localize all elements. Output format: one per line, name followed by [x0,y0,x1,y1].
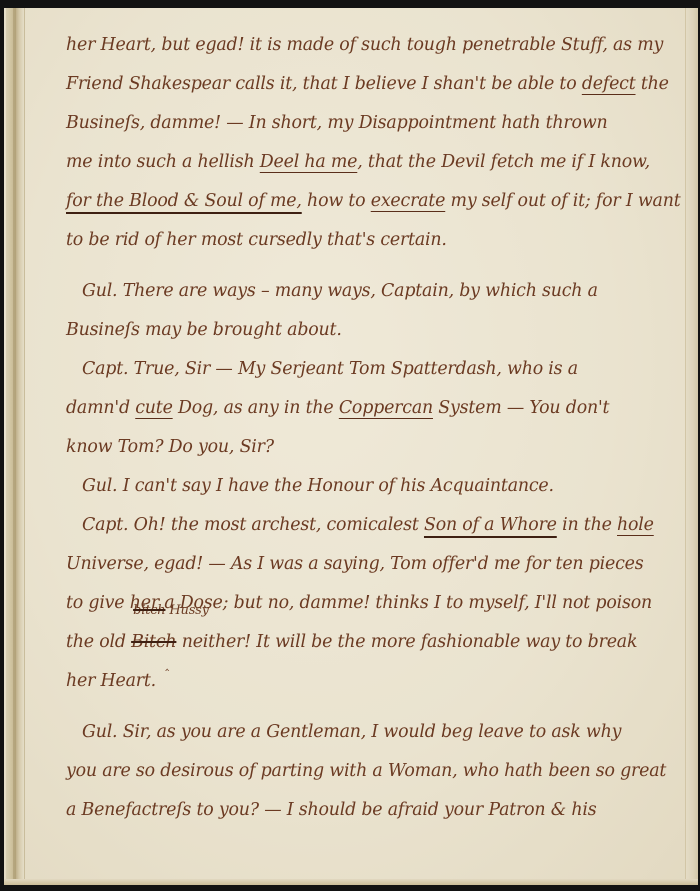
dialogue-line: Gul. There are ways – many ways, Captain… [66,272,676,311]
struck-word: Bitch [131,632,176,652]
dialogue-line: Capt. True, Sir — My Serjeant Tom Spatte… [66,350,676,389]
text-segment: Capt. Oh! the most archest, comicalest [82,515,424,535]
text-segment: in the [557,515,617,535]
text-line: you are so desirous of parting with a Wo… [66,752,676,791]
emphasized-segment: Deel ha me [260,152,358,172]
text-line: the old bitch HussyBitch‸ neither! It wi… [66,623,676,662]
emphasized-segment: Coppercan [339,398,433,418]
text-segment: my self out of it; for I want [445,191,680,211]
text-segment: her Heart, but egad! it is made of such … [66,35,663,55]
text-segment: damn'd [66,398,135,418]
text-line: a Benefactreſs to you? — I should be afr… [66,791,676,830]
emphasized-segment: defect [582,74,636,94]
text-segment: the [636,74,669,94]
text-segment: know Tom? Do you, Sir? [66,437,274,457]
text-line: to be rid of her most cursedly that's ce… [66,221,676,260]
text-line: damn'd cute Dog, as any in the Coppercan… [66,389,676,428]
text-segment: to be rid of her most cursedly that's ce… [66,230,447,250]
dialogue-line: Gul. Sir, as you are a Gentleman, I woul… [66,713,676,752]
text-segment: a Benefactreſs to you? — I should be afr… [66,800,596,820]
emphasized-segment: for the Blood & Soul of me, [66,191,302,211]
emphasized-segment: cute [135,398,172,418]
inserted-word: Hussy [165,603,208,618]
text-line: know Tom? Do you, Sir? [66,428,676,467]
text-segment: neither! It will be the more fashionable… [176,632,637,652]
text-line: for the Blood & Soul of me, how to execr… [66,182,676,221]
manuscript-page: her Heart, but egad! it is made of such … [4,8,698,885]
dialogue-line: Capt. Oh! the most archest, comicalest S… [66,506,676,545]
text-segment: how to [302,191,371,211]
insertion-caret-icon: ‸ [165,645,169,684]
emphasized-segment: hole [617,515,654,535]
text-line: her Heart. [66,662,676,701]
page-bottom-edge [4,879,698,885]
emphasized-segment: Son of a Whore [424,515,557,535]
text-segment: Dog, as any in the [173,398,339,418]
text-segment: you are so desirous of parting with a Wo… [66,761,666,781]
text-line: her Heart, but egad! it is made of such … [66,26,676,65]
text-segment: her Heart. [66,671,156,691]
text-segment: System — You don't [433,398,609,418]
text-line: Friend Shakespear calls it, that I belie… [66,65,676,104]
text-line: me into such a hellish Deel ha me, that … [66,143,676,182]
text-segment: Universe, egad! — As I was a saying, Tom… [66,554,644,574]
emphasized-segment: execrate [371,191,446,211]
page-right-edge [685,8,698,885]
text-segment: Gul. There are ways – many ways, Captain… [82,281,598,301]
text-segment: Busineſs may be brought about. [66,320,342,340]
text-line: Busineſs, damme! — In short, my Disappoi… [66,104,676,143]
text-segment: Friend Shakespear calls it, that I belie… [66,74,582,94]
interlinear-insertion: bitch Hussy [133,603,209,619]
text-segment: me into such a hellish [66,152,260,172]
text-segment: Gul. I can't say I have the Honour of hi… [82,476,554,496]
handwritten-text-block: her Heart, but egad! it is made of such … [66,26,676,830]
text-segment: Gul. Sir, as you are a Gentleman, I woul… [82,722,621,742]
text-segment: , that the Devil fetch me if I know, [357,152,650,172]
dialogue-line: Gul. I can't say I have the Honour of hi… [66,467,676,506]
text-segment: the old [66,632,131,652]
binding-gutter [6,8,25,885]
struck-insertion-word: bitch [133,603,165,618]
correction: bitch HussyBitch‸ [131,623,176,662]
text-segment: Busineſs, damme! — In short, my Disappoi… [66,113,608,133]
text-segment: Capt. True, Sir — My Serjeant Tom Spatte… [82,359,578,379]
text-line: Busineſs may be brought about. [66,311,676,350]
text-line: Universe, egad! — As I was a saying, Tom… [66,545,676,584]
